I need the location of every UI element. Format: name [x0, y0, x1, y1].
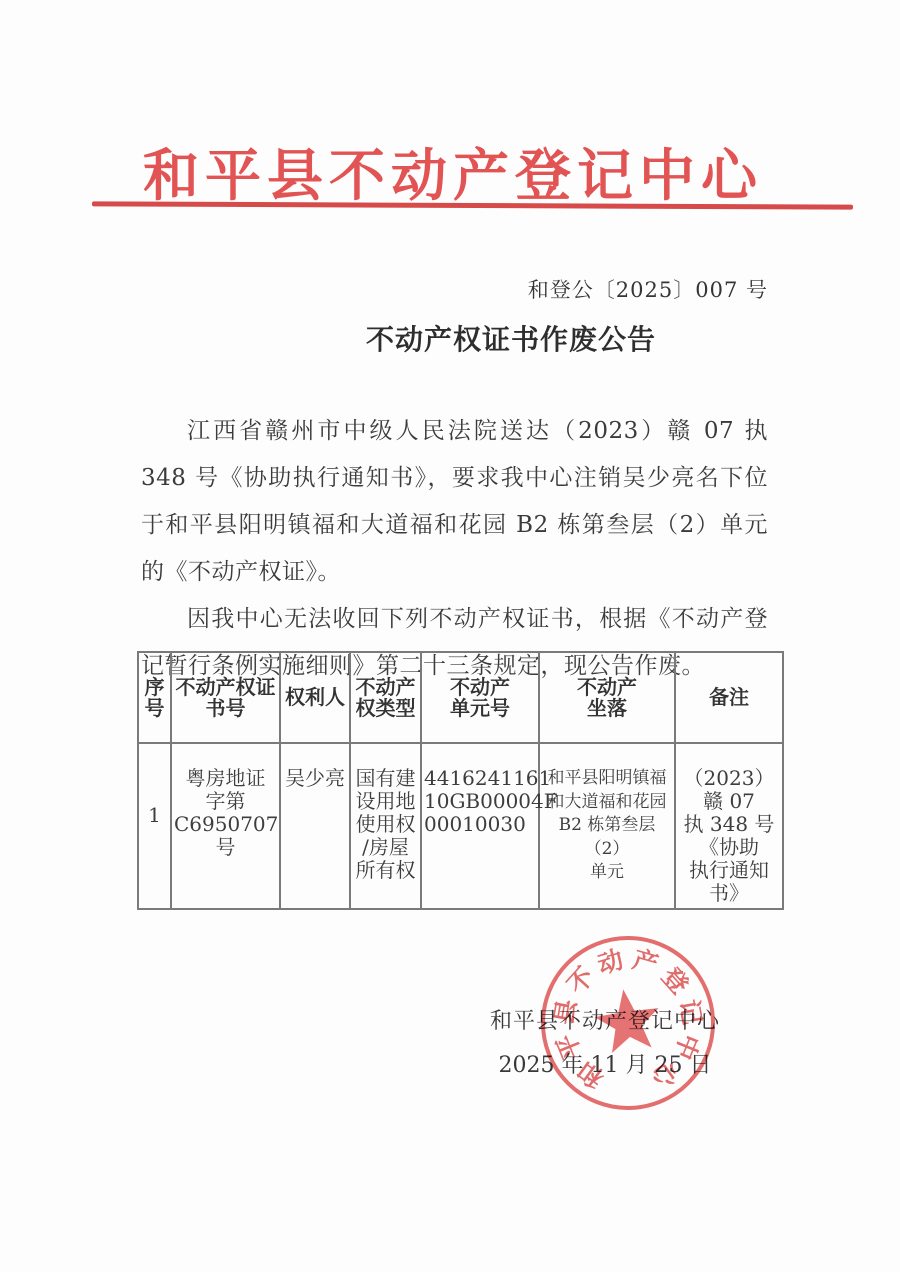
col-header-right-type: 不动产 权类型: [350, 652, 421, 743]
cell-cert-no: 粤房地证 字第 C6950707 号: [171, 743, 280, 909]
cell-location: 和平县阳明镇福 和大道福和花园 B2 栋第叁层（2） 单元: [539, 743, 675, 909]
cancellation-table: 序 号 不动产权证 书号 权利人 不动产 权类型 不动产 单元号 不动产 坐落 …: [137, 651, 784, 910]
signature-date: 2025 年 11 月 25 日: [455, 1053, 755, 1079]
svg-text:不: 不: [562, 962, 600, 1000]
doc-number: 和登公〔2025〕007 号: [140, 274, 768, 304]
svg-text:登: 登: [655, 961, 694, 1000]
svg-text:动: 动: [594, 945, 626, 980]
paragraph-1: 江西省赣州市中级人民法院送达（2023）赣 07 执 348 号《协助执行通知书…: [141, 408, 768, 596]
page-title: 不动产权证书作废公告: [366, 318, 656, 358]
cell-seq: 1: [138, 743, 171, 909]
table-header-row: 序 号 不动产权证 书号 权利人 不动产 权类型 不动产 单元号 不动产 坐落 …: [138, 652, 783, 743]
svg-text:产: 产: [629, 945, 661, 980]
cell-remark: （2023）赣 07 执 348 号《协助 执行通知书》: [675, 743, 783, 909]
cell-right-type: 国有建 设用地 使用权 /房屋 所有权: [350, 743, 421, 909]
col-header-location: 不动产 坐落: [539, 652, 675, 743]
col-header-cert-no: 不动产权证 书号: [171, 652, 280, 743]
cell-unit-no: 4416241161 10GB00004F 00010030: [421, 743, 539, 909]
table-row: 1 粤房地证 字第 C6950707 号 吴少亮 国有建 设用地 使用权 /房屋…: [138, 743, 783, 909]
col-header-seq: 序 号: [138, 652, 171, 743]
signature-org: 和平县不动产登记中心: [455, 1009, 755, 1035]
col-header-remark: 备注: [675, 652, 783, 743]
letterhead-title: 和平县不动产登记中心: [0, 132, 900, 212]
col-header-holder: 权利人: [280, 652, 350, 743]
document-page: 和平县不动产登记中心 和登公〔2025〕007 号 不动产权证书作废公告 江西省…: [0, 0, 900, 1272]
col-header-unit-no: 不动产 单元号: [421, 652, 539, 743]
cell-holder: 吴少亮: [280, 743, 350, 909]
signature-block: 和平县不动产登记中心 2025 年 11 月 25 日: [455, 1009, 755, 1079]
body-text: 江西省赣州市中级人民法院送达（2023）赣 07 执 348 号《协助执行通知书…: [141, 408, 768, 690]
